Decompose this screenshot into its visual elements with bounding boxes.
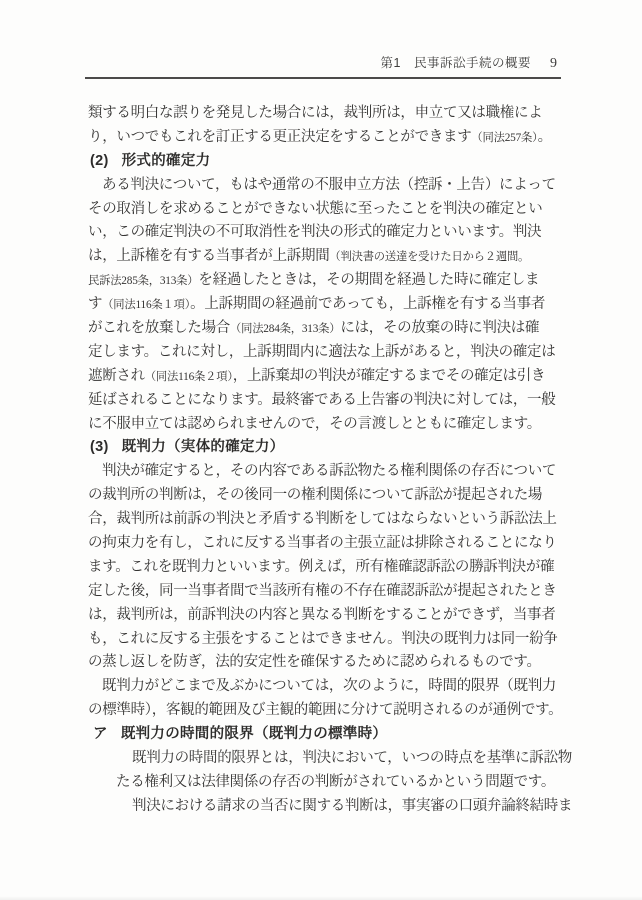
text-line: 判決が確定すると，その内容である訴訟物たる権利関係の存否について (88, 460, 566, 484)
text-line: 既判力の時間的限界とは，判決において，いつの時点を基準に訴訟物 (88, 747, 566, 771)
text-line: は，裁判所は，前訴判決の内容と異なる判断をすることができず，当事者 (88, 604, 566, 628)
text-segment: 判決が確定すると，その内容である訴訟物たる権利関係の存否について (102, 463, 556, 479)
text-segment: には，その放棄の時に判決は確 (340, 320, 539, 336)
text-line: い，この確定判決の不可取消性を判決の形式的確定力といいます。判決 (88, 221, 566, 245)
text-segment: を経過したときは，その期間を経過した時に確定しま (198, 272, 539, 288)
citation-text: 民訴法285条，313条） (88, 275, 198, 287)
citation-text: （判決書の送達を受けた日から２週間。 (329, 251, 529, 263)
section-heading: (2)形式的確定力 (88, 150, 566, 174)
text-line: の裁判所の判断は，その後同一の権利関係について訴訟が提起された場 (88, 484, 566, 508)
body-text: 類する明白な誤りを発見した場合には，裁判所は，申立て又は職権により，いつでもこれ… (88, 102, 566, 819)
text-line: 既判力がどこまで及ぶかについては，次のように，時間的限界（既判力 (88, 675, 566, 699)
section-heading: ア既判力の時間的限界（既判力の標準時） (88, 723, 566, 747)
text-line: ある判決について，もはや通常の不服申立方法（控訴・上告）によって (88, 174, 566, 198)
text-segment: の蒸し返しを防ぎ，法的安定性を確保するために認められるものです。 (88, 654, 541, 670)
running-head: 第1 民事訴訟手続の概要 9 (85, 53, 557, 72)
section-heading: (3)既判力（実体的確定力） (88, 436, 566, 460)
text-segment: す (88, 296, 102, 312)
text-line: がこれを放棄した場合（同法284条，313条）には，その放棄の時に判決は確 (88, 317, 566, 341)
page-number: 9 (550, 56, 557, 72)
text-segment: 形式的確定力 (122, 153, 211, 169)
text-segment: 延ばされることになります。最終審である上告審の判決に対しては，一般 (88, 392, 555, 408)
text-segment: 既判力（実体的確定力） (122, 439, 285, 455)
text-segment: 既判力がどこまで及ぶかについては，次のように，時間的限界（既判力 (102, 678, 556, 694)
text-segment: も，これに反する主張をすることはできません。判決の既判力は同一紛争 (88, 631, 557, 647)
text-line: の標準時），客観的範囲及び主観的範囲に分けて説明されるのが通例です。 (88, 699, 566, 723)
text-line: 遮断され（同法116条２項），上訴棄却の判決が確定するまでその確定は引き (88, 365, 566, 389)
text-segment: の拘束力を有し，これに反する当事者の主張立証は排除されることになり (88, 535, 557, 551)
text-segment: その取消しを求めることができない状態に至ったことを判決の確定とい (88, 201, 542, 217)
text-line: は，上訴権を有する当事者が上訴期間（判決書の送達を受けた日から２週間。 (88, 245, 566, 269)
citation-text: （同法116条１項） (102, 299, 190, 311)
text-segment: ある判決について，もはや通常の不服申立方法（控訴・上告）によって (102, 177, 556, 193)
running-head-title: 民事訴訟手続の概要 (414, 53, 531, 71)
text-line: 延ばされることになります。最終審である上告審の判決に対しては，一般 (88, 389, 566, 413)
text-line: ます。これを既判力といいます。例えば，所有権確認訴訟の勝訴判決が確 (88, 556, 566, 580)
text-segment: の裁判所の判断は，その後同一の権利関係について訴訟が提起された場 (88, 487, 542, 503)
text-line: たる権利又は法律関係の存否の判断がされているかという問題です。 (88, 771, 566, 795)
page-bottom-edge (0, 896, 642, 900)
text-line: その取消しを求めることができない状態に至ったことを判決の確定とい (88, 198, 566, 222)
text-segment: がこれを放棄した場合 (88, 320, 230, 336)
text-line: 類する明白な誤りを発見した場合には，裁判所は，申立て又は職権によ (88, 102, 566, 126)
text-segment: ます。これを既判力といいます。例えば，所有権確認訴訟の勝訴判決が確 (88, 559, 554, 575)
text-line: 定します。これに対し，上訴期間内に適法な上訴があると，判決の確定は (88, 341, 566, 365)
text-segment: の標準時），客観的範囲及び主観的範囲に分けて説明されるのが通例です。 (88, 702, 562, 718)
text-segment: 。上訴期間の経過前であっても，上訴権を有する当事者 (190, 296, 545, 312)
running-head-chapter: 第1 (381, 53, 401, 71)
text-line: り，いつでもこれを訂正する更正決定をすることができます（同法257条）。 (88, 126, 566, 150)
text-segment: 合，裁判所は前訴の判決と矛盾する判断をしてはならないという訴訟法上 (88, 511, 557, 527)
text-line: 民訴法285条，313条）を経過したときは，その期間を経過した時に確定しま (88, 269, 566, 293)
text-segment: は，裁判所は，前訴判決の内容と異なる判断をすることができず，当事者 (88, 607, 555, 623)
text-line: の拘束力を有し，これに反する当事者の主張立証は排除されることになり (88, 532, 566, 556)
text-segment: に不服申立ては認められませんので，その言渡しとともに確定します。 (88, 416, 541, 432)
text-segment: 遮断され (88, 368, 145, 384)
citation-text: （同法116条２項） (145, 371, 233, 383)
text-segment: り，いつでもこれを訂正する更正決定をすることができます (88, 129, 471, 145)
heading-label: (2) (90, 150, 109, 174)
text-line: す（同法116条１項）。上訴期間の経過前であっても，上訴権を有する当事者 (88, 293, 566, 317)
text-line: に不服申立ては認められませんので，その言渡しとともに確定します。 (88, 413, 566, 437)
text-segment: 。 (538, 129, 552, 145)
heading-label: ア (93, 723, 108, 747)
citation-text: （同法284条，313条） (230, 323, 340, 335)
header-rule (85, 77, 561, 79)
text-segment: い，この確定判決の不可取消性を判決の形式的確定力といいます。判決 (88, 224, 541, 240)
text-line: 判決における請求の当否に関する判断は，事実審の口頭弁論終結時ま (88, 795, 566, 819)
book-page: 第1 民事訴訟手続の概要 9 類する明白な誤りを発見した場合には，裁判所は，申立… (0, 0, 642, 900)
text-segment: 類する明白な誤りを発見した場合には，裁判所は，申立て又は職権によ (88, 105, 542, 121)
text-segment: ，上訴棄却の判決が確定するまでその確定は引き (233, 368, 545, 384)
heading-label: (3) (90, 436, 109, 460)
text-segment: 定した後，同一当事者間で当該所有権の不存在確認訴訟が提起されたとき (88, 583, 557, 599)
text-segment: 既判力の時間的限界（既判力の標準時） (121, 726, 387, 742)
text-line: も，これに反する主張をすることはできません。判決の既判力は同一紛争 (88, 628, 566, 652)
text-segment: 既判力の時間的限界とは，判決において，いつの時点を基準に訴訟物 (132, 750, 572, 766)
text-line: 定した後，同一当事者間で当該所有権の不存在確認訴訟が提起されたとき (88, 580, 566, 604)
text-line: 合，裁判所は前訴の判決と矛盾する判断をしてはならないという訴訟法上 (88, 508, 566, 532)
text-segment: は，上訴権を有する当事者が上訴期間 (88, 248, 329, 264)
text-line: の蒸し返しを防ぎ，法的安定性を確保するために認められるものです。 (88, 651, 566, 675)
citation-text: （同法257条） (471, 132, 537, 144)
text-segment: たる権利又は法律関係の存否の判断がされているかという問題です。 (116, 774, 555, 790)
text-segment: 判決における請求の当否に関する判断は，事実審の口頭弁論終結時ま (132, 798, 572, 814)
text-segment: 定します。これに対し，上訴期間内に適法な上訴があると，判決の確定は (88, 344, 555, 360)
